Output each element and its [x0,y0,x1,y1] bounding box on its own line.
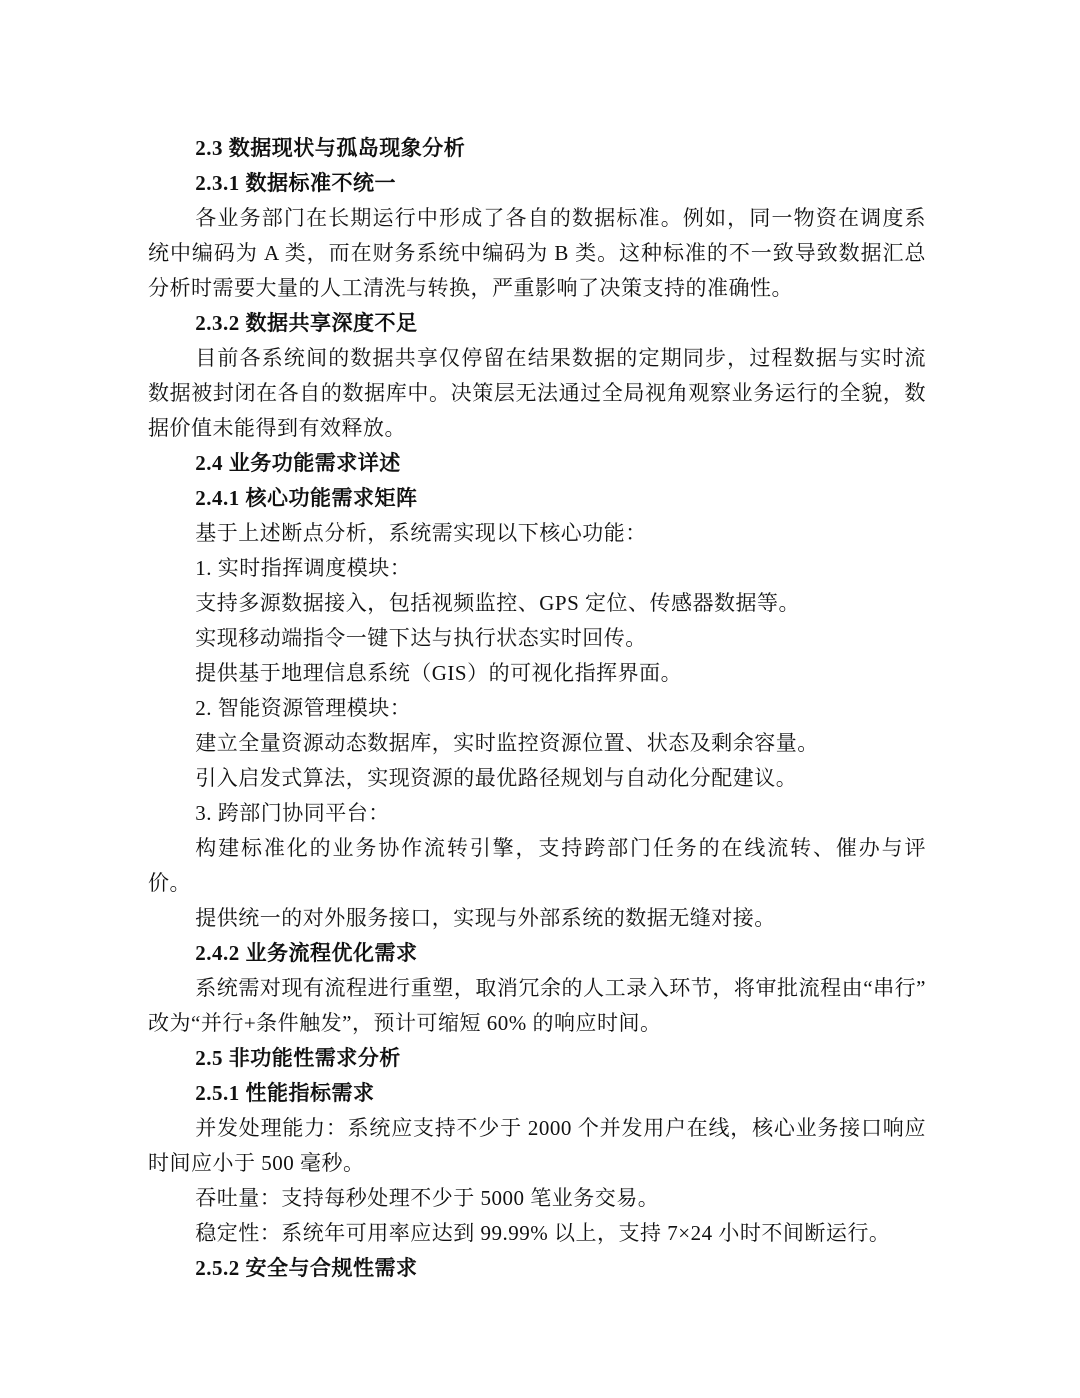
list-item-3-detail-a: 构建标准化的业务协作流转引擎，支持跨部门任务的在线流转、催办与评价。 [148,831,926,901]
document-page: 2.3 数据现状与孤岛现象分析 2.3.1 数据标准不统一 各业务部门在长期运行… [0,0,1080,1398]
paragraph-process-optimization: 系统需对现有流程进行重塑，取消冗余的人工录入环节，将审批流程由“串行”改为“并行… [148,971,926,1041]
list-item-1-title: 1. 实时指挥调度模块： [148,551,926,586]
section-heading-2-3-2: 2.3.2 数据共享深度不足 [148,306,926,341]
list-item-2-title: 2. 智能资源管理模块： [148,691,926,726]
list-item-2-detail-a: 建立全量资源动态数据库，实时监控资源位置、状态及剩余容量。 [148,726,926,761]
section-heading-2-5: 2.5 非功能性需求分析 [148,1041,926,1076]
paragraph-concurrency: 并发处理能力：系统应支持不少于 2000 个并发用户在线，核心业务接口响应时间应… [148,1111,926,1181]
section-heading-2-4-1: 2.4.1 核心功能需求矩阵 [148,481,926,516]
section-heading-2-3-1: 2.3.1 数据标准不统一 [148,166,926,201]
paragraph-data-sharing: 目前各系统间的数据共享仅停留在结果数据的定期同步，过程数据与实时流数据被封闭在各… [148,341,926,446]
list-item-1-detail-a: 支持多源数据接入，包括视频监控、GPS 定位、传感器数据等。 [148,586,926,621]
paragraph-data-standards: 各业务部门在长期运行中形成了各自的数据标准。例如，同一物资在调度系统中编码为 A… [148,201,926,306]
section-heading-2-4-2: 2.4.2 业务流程优化需求 [148,936,926,971]
section-heading-2-5-2: 2.5.2 安全与合规性需求 [148,1251,926,1286]
paragraph-core-functions-intro: 基于上述断点分析，系统需实现以下核心功能： [148,516,926,551]
list-item-1-detail-b: 实现移动端指令一键下达与执行状态实时回传。 [148,621,926,656]
paragraph-stability: 稳定性：系统年可用率应达到 99.99% 以上，支持 7×24 小时不间断运行。 [148,1216,926,1251]
list-item-3-detail-b: 提供统一的对外服务接口，实现与外部系统的数据无缝对接。 [148,901,926,936]
list-item-2-detail-b: 引入启发式算法，实现资源的最优路径规划与自动化分配建议。 [148,761,926,796]
document-body: 2.3 数据现状与孤岛现象分析 2.3.1 数据标准不统一 各业务部门在长期运行… [148,131,926,1286]
section-heading-2-5-1: 2.5.1 性能指标需求 [148,1076,926,1111]
list-item-1-detail-c: 提供基于地理信息系统（GIS）的可视化指挥界面。 [148,656,926,691]
section-heading-2-3: 2.3 数据现状与孤岛现象分析 [148,131,926,166]
paragraph-throughput: 吞吐量：支持每秒处理不少于 5000 笔业务交易。 [148,1181,926,1216]
section-heading-2-4: 2.4 业务功能需求详述 [148,446,926,481]
list-item-3-title: 3. 跨部门协同平台： [148,796,926,831]
